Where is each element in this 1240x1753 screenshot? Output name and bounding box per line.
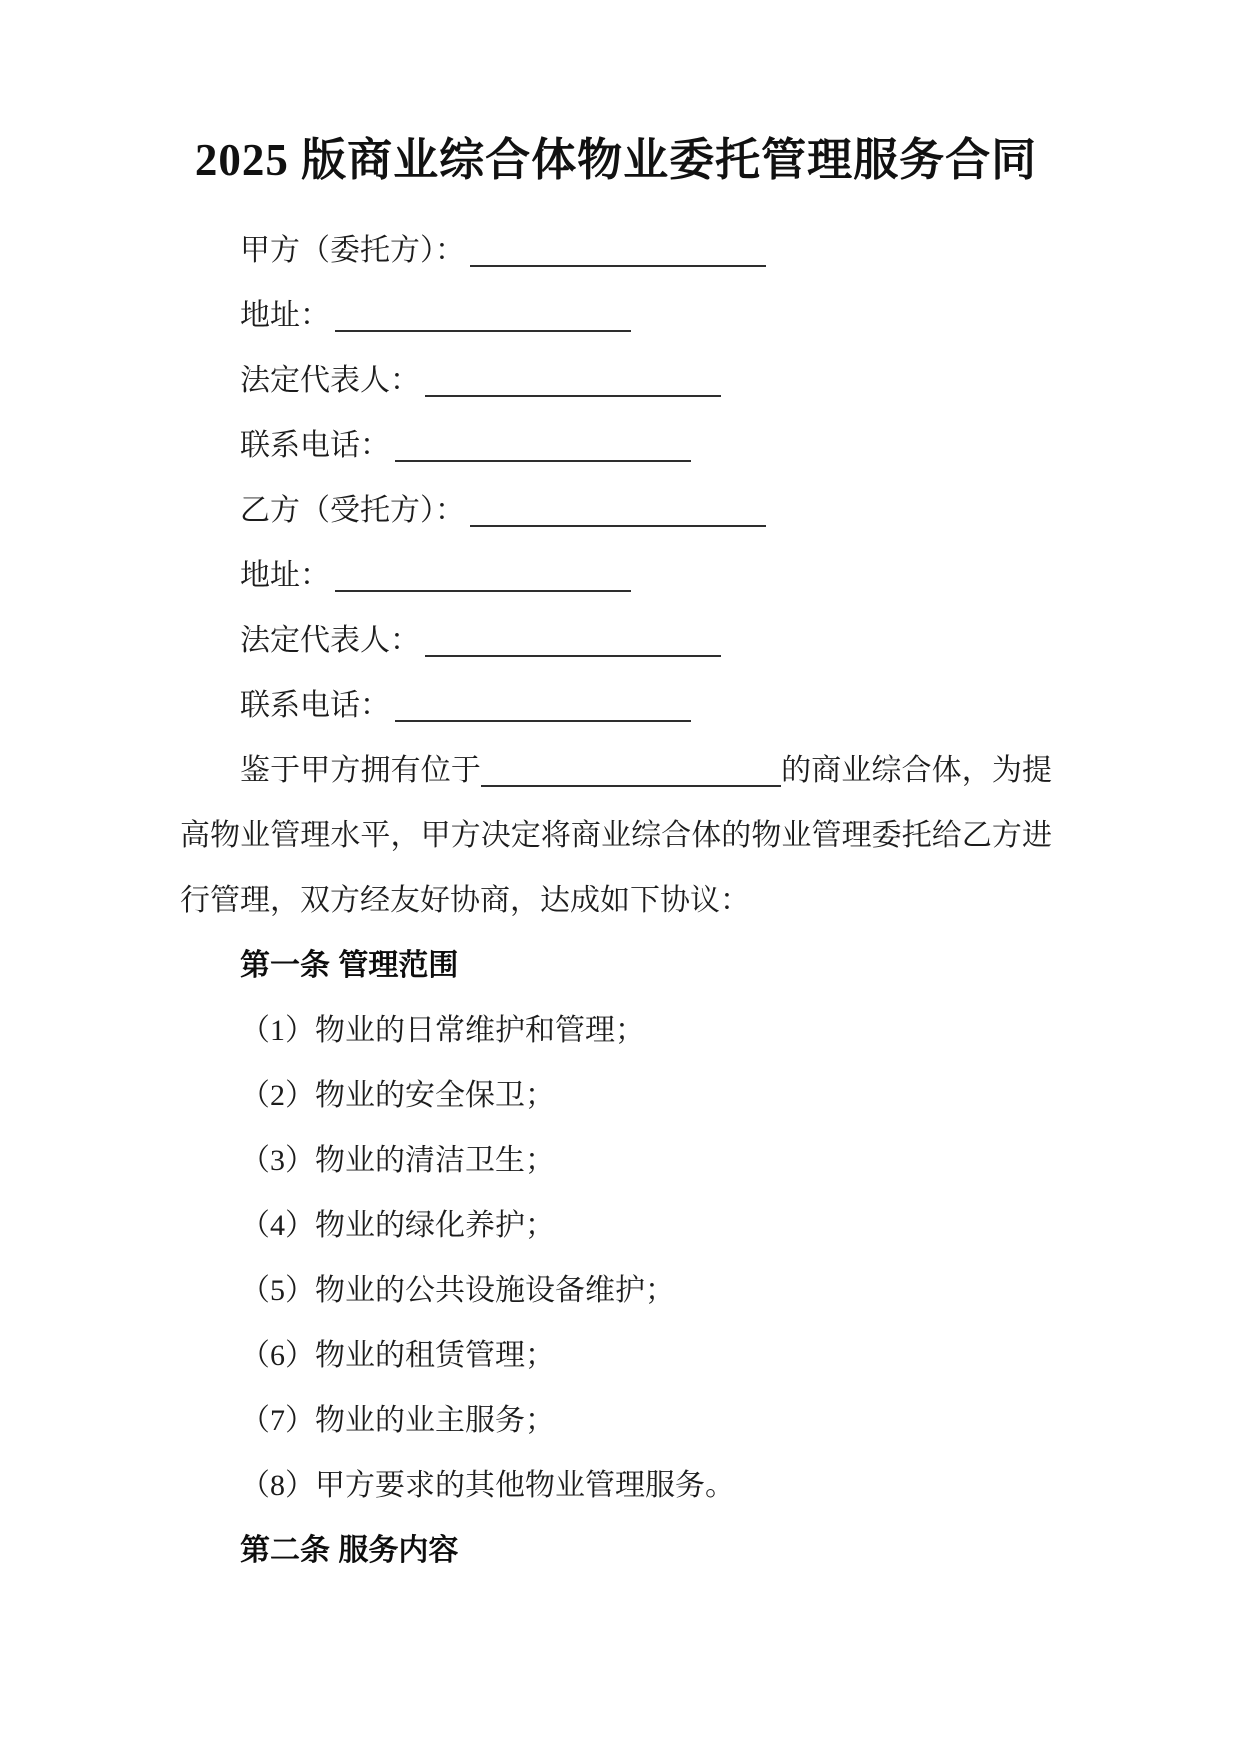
field-label-party-a-phone: 联系电话： [240, 429, 390, 462]
field-row-party-b-address: 地址： [240, 543, 1052, 608]
preamble-prefix: 鉴于甲方拥有位于 [240, 754, 481, 787]
field-label-party-b-phone: 联系电话： [240, 689, 390, 722]
field-label-party-a: 甲方（委托方）： [240, 234, 465, 267]
document-page: 2025 版商业综合体物业委托管理服务合同 甲方（委托方）： 地址： 法定代表人… [0, 0, 1240, 1753]
fill-in-blank-party-b-address [335, 590, 631, 592]
field-row-party-b-phone: 联系电话： [240, 673, 1052, 738]
field-row-party-b: 乙方（受托方）： [240, 478, 1052, 543]
field-label-party-a-address: 地址： [240, 299, 330, 332]
fill-in-blank-party-a-phone [395, 460, 691, 462]
list-item-8: （8）甲方要求的其他物业管理服务。 [240, 1453, 1052, 1518]
fill-in-blank-party-b-phone [395, 720, 691, 722]
list-item-3: （3）物业的清洁卫生； [240, 1128, 1052, 1193]
field-row-party-a: 甲方（委托方）： [240, 218, 1052, 283]
document-title: 2025 版商业综合体物业委托管理服务合同 [180, 130, 1052, 190]
field-row-party-a-address: 地址： [240, 283, 1052, 348]
list-item-1: （1）物业的日常维护和管理； [240, 998, 1052, 1063]
field-label-party-b-address: 地址： [240, 559, 330, 592]
list-item-4: （4）物业的绿化养护； [240, 1193, 1052, 1258]
list-item-2: （2）物业的安全保卫； [240, 1063, 1052, 1128]
field-row-party-a-representative: 法定代表人： [240, 348, 1052, 413]
list-item-6: （6）物业的租赁管理； [240, 1323, 1052, 1388]
fill-in-blank-party-a [470, 265, 766, 267]
list-item-5: （5）物业的公共设施设备维护； [240, 1258, 1052, 1323]
fill-in-blank-location [481, 785, 781, 787]
fill-in-blank-party-b-representative [425, 655, 721, 657]
list-item-7: （7）物业的业主服务； [240, 1388, 1052, 1453]
fill-in-blank-party-a-address [335, 330, 631, 332]
fill-in-blank-party-b [470, 525, 766, 527]
preamble-paragraph: 鉴于甲方拥有位于的商业综合体，为提高物业管理水平，甲方决定将商业综合体的物业管理… [180, 738, 1052, 933]
field-label-party-a-representative: 法定代表人： [240, 364, 420, 397]
field-label-party-b: 乙方（受托方）： [240, 494, 465, 527]
fill-in-blank-party-a-representative [425, 395, 721, 397]
field-row-party-a-phone: 联系电话： [240, 413, 1052, 478]
field-label-party-b-representative: 法定代表人： [240, 624, 420, 657]
section-heading-article-1: 第一条 管理范围 [240, 933, 1052, 998]
contract-body: 2025 版商业综合体物业委托管理服务合同 甲方（委托方）： 地址： 法定代表人… [180, 130, 1052, 1583]
field-row-party-b-representative: 法定代表人： [240, 608, 1052, 673]
section-heading-article-2: 第二条 服务内容 [240, 1518, 1052, 1583]
